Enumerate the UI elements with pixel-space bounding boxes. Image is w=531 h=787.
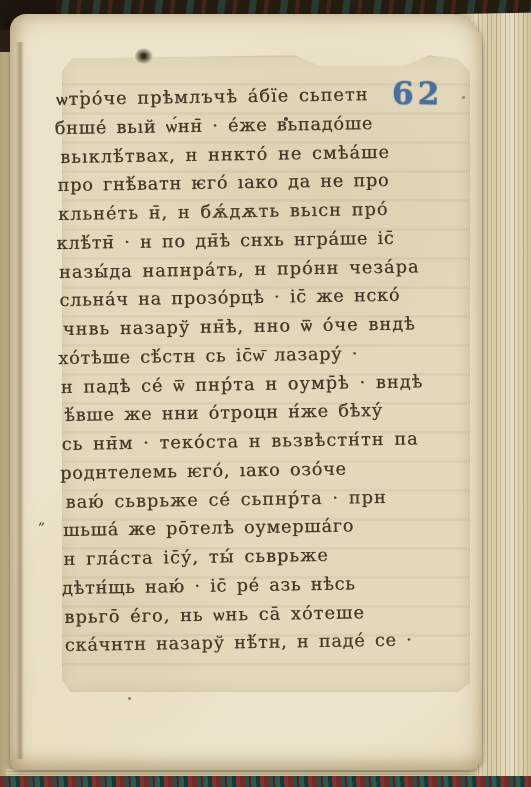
ink-blot [131, 45, 159, 67]
gutter-crease [16, 42, 24, 759]
text-block: ѡтро́че прѣмлъчѣ а́бїе сьпетн бнше́ вьıй… [56, 79, 481, 660]
speck [128, 697, 131, 700]
marbled-edge-bottom [0, 776, 531, 787]
manuscript-photo: 62 „ ѡтро́че прѣмлъчѣ а́бїе сьпетн бнше́… [0, 0, 531, 787]
margin-mark: „ [38, 512, 45, 528]
